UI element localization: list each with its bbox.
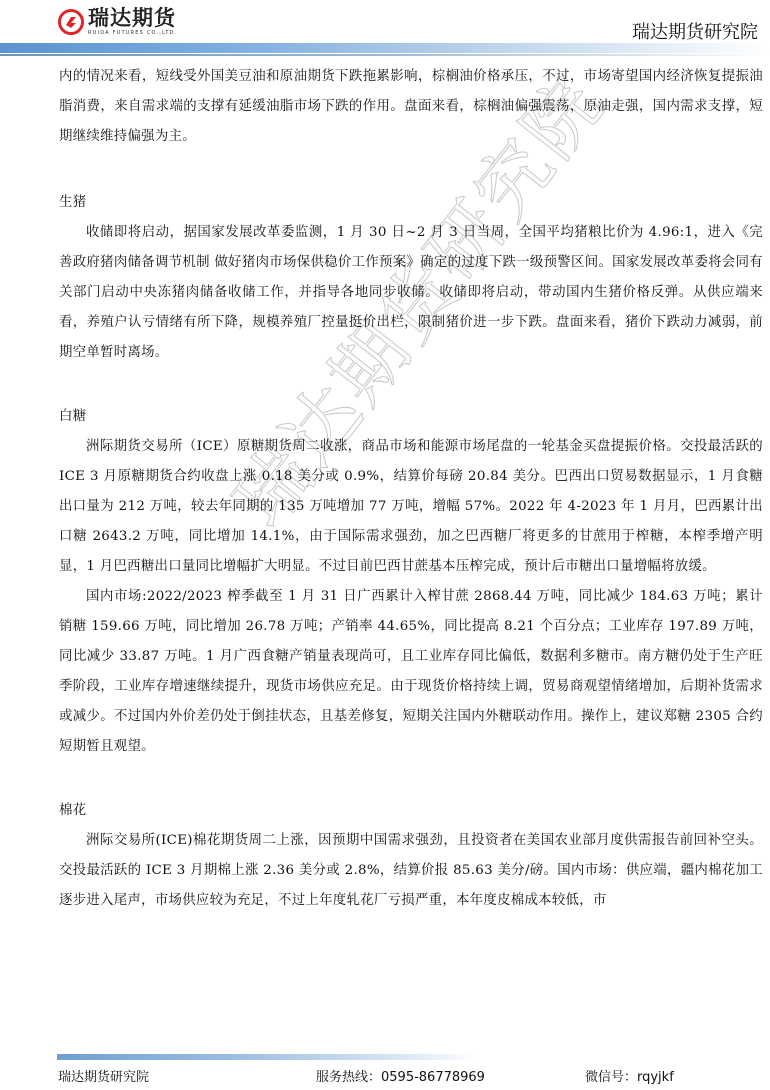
- document-body: 内的情况来看，短线受外国美豆油和原油期货下跌拖累影响，棕榈油价格承压，不过，市场…: [59, 62, 763, 916]
- header-gradient-bar: [0, 43, 770, 53]
- header-divider: [0, 54, 770, 56]
- logo-chinese-name: 瑞达期货: [88, 8, 177, 29]
- paragraph: 收储即将启动，据国家发展改革委监测，1 月 30 日~2 月 3 日当周，全国平…: [59, 218, 763, 368]
- ruida-swirl-icon: [58, 9, 84, 35]
- section-title-sugar: 白糖: [59, 402, 763, 432]
- footer-hotline: 服务热线：0595-86778969: [316, 1066, 485, 1085]
- paragraph: 内的情况来看，短线受外国美豆油和原油期货下跌拖累影响，棕榈油价格承压，不过，市场…: [59, 62, 763, 152]
- paragraph: 国内市场:2022/2023 榨季截至 1 月 31 日广西累计入榨甘蔗 286…: [59, 582, 763, 762]
- footer-gradient-bar: [57, 1054, 477, 1060]
- page-header: 瑞达期货 RUIDA FUTURES CO.,LTD. 瑞达期货研究院: [0, 0, 770, 58]
- footer-wechat: 微信号：rqyjkf: [585, 1066, 674, 1085]
- section-title-hog: 生猪: [59, 188, 763, 218]
- paragraph: 洲际交易所(ICE)棉花期货周二上涨，因预期中国需求强劲，且投资者在美国农业部月…: [59, 826, 763, 916]
- logo-english-name: RUIDA FUTURES CO.,LTD.: [88, 31, 177, 36]
- paragraph: 洲际期货交易所（ICE）原糖期货周二收涨，商品市场和能源市场尾盘的一轮基金买盘提…: [59, 432, 763, 582]
- header-title: 瑞达期货研究院: [632, 18, 758, 44]
- footer-org: 瑞达期货研究院: [58, 1066, 149, 1085]
- section-title-cotton: 棉花: [59, 796, 763, 826]
- company-logo: 瑞达期货 RUIDA FUTURES CO.,LTD.: [58, 6, 177, 38]
